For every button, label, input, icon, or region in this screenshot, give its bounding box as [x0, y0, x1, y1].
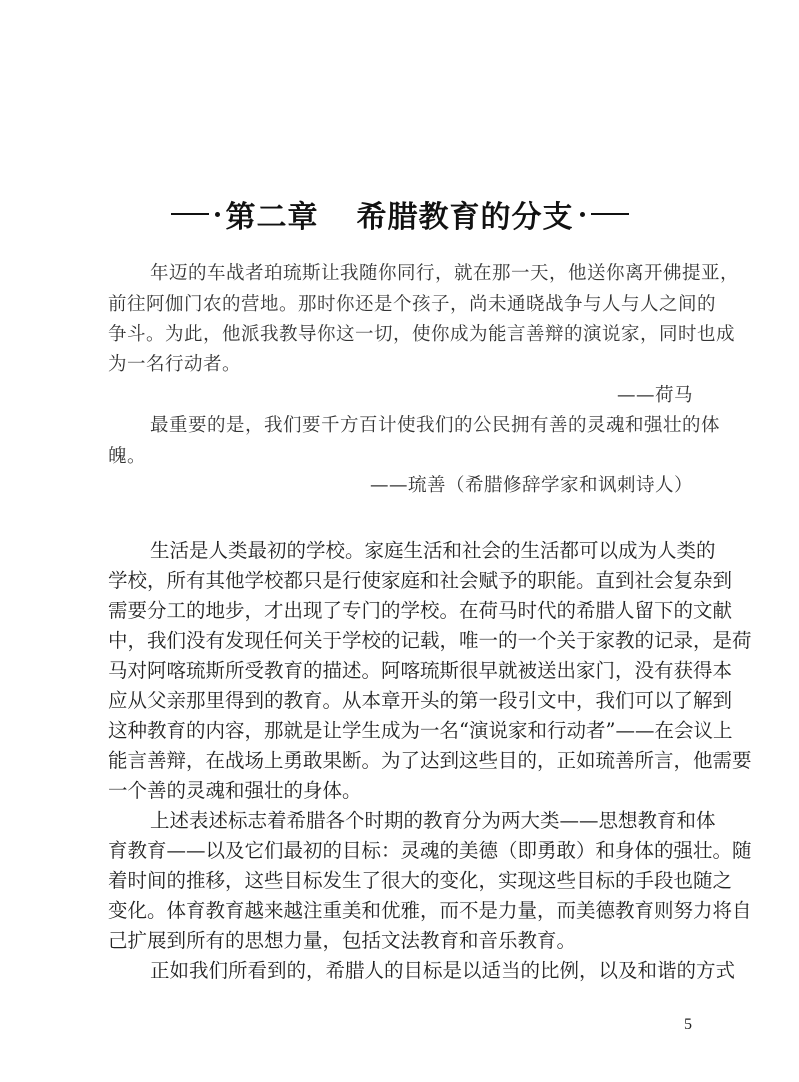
body-line: 学校，所有其他学校都只是行使家庭和社会赋予的职能。直到社会复杂到 — [108, 566, 693, 596]
body-line: 育教育——以及它们最初的目标：灵魂的美德（即勇敢）和身体的强壮。随 — [108, 836, 693, 866]
right-rule-decoration — [591, 213, 629, 215]
body-line: 正如我们所看到的，希腊人的目标是以适当的比例，以及和谐的方式 — [108, 956, 693, 986]
body-line: 上述表述标志着希腊各个时期的教育分为两大类——思想教育和体 — [108, 806, 693, 836]
body-line: 着时间的推移，这些目标发生了很大的变化，实现这些目标的手段也随之 — [108, 866, 693, 896]
body-line: 生活是人类最初的学校。家庭生活和社会的生活都可以成为人类的 — [108, 536, 693, 566]
body-line: 这种教育的内容，那就是让学生成为一名“演说家和行动者”——在会议上 — [108, 716, 693, 746]
right-dot-decoration — [580, 212, 585, 217]
body-line: 应从父亲那里得到的教育。从本章开头的第一段引文中，我们可以了解到 — [108, 686, 693, 716]
epigraph-line: 为一名行动者。 — [108, 350, 693, 380]
body-line: 己扩展到所有的思想力量，包括文法教育和音乐教育。 — [108, 926, 693, 956]
chapter-number: 第二章 — [226, 192, 319, 236]
page-number: 5 — [684, 1016, 692, 1034]
body-line: 能言善辩，在战场上勇敢果断。为了达到这些目的，正如琉善所言，他需要 — [108, 746, 693, 776]
epigraph-line: 争斗。为此，他派我教导你这一切，使你成为能言善辩的演说家，同时也成 — [108, 320, 693, 350]
epigraph-line: 最重要的是，我们要千方百计使我们的公民拥有善的灵魂和强壮的体 — [108, 411, 693, 441]
chapter-title: 希腊教育的分支 — [357, 192, 574, 236]
chapter-heading: 第二章 希腊教育的分支 — [0, 192, 799, 236]
body-line: 马对阿喀琉斯所受教育的描述。阿喀琉斯很早就被送出家门，没有获得本 — [108, 656, 693, 686]
epigraph-attribution: ——荷马 — [108, 381, 693, 411]
left-rule-decoration — [171, 213, 209, 215]
body-line: 中，我们没有发现任何关于学校的记载，唯一的一个关于家教的记录，是荷 — [108, 626, 693, 656]
body-line: 需要分工的地步，才出现了专门的学校。在荷马时代的希腊人留下的文献 — [108, 596, 693, 626]
body-line: 变化。体育教育越来越注重美和优雅，而不是力量，而美德教育则努力将自 — [108, 896, 693, 926]
left-dot-decoration — [215, 212, 220, 217]
epigraph-line: 前往阿伽门农的营地。那时你还是个孩子，尚未通晓战争与人与人之间的 — [108, 290, 693, 320]
epigraph-line: 魄。 — [108, 442, 693, 472]
epigraph-line: 年迈的车战者珀琉斯让我随你同行，就在那一天，他送你离开佛提亚， — [108, 259, 693, 289]
epigraph-attribution: ——琉善（希腊修辞学家和讽刺诗人） — [108, 471, 693, 501]
body-line: 一个善的灵魂和强壮的身体。 — [108, 776, 693, 806]
